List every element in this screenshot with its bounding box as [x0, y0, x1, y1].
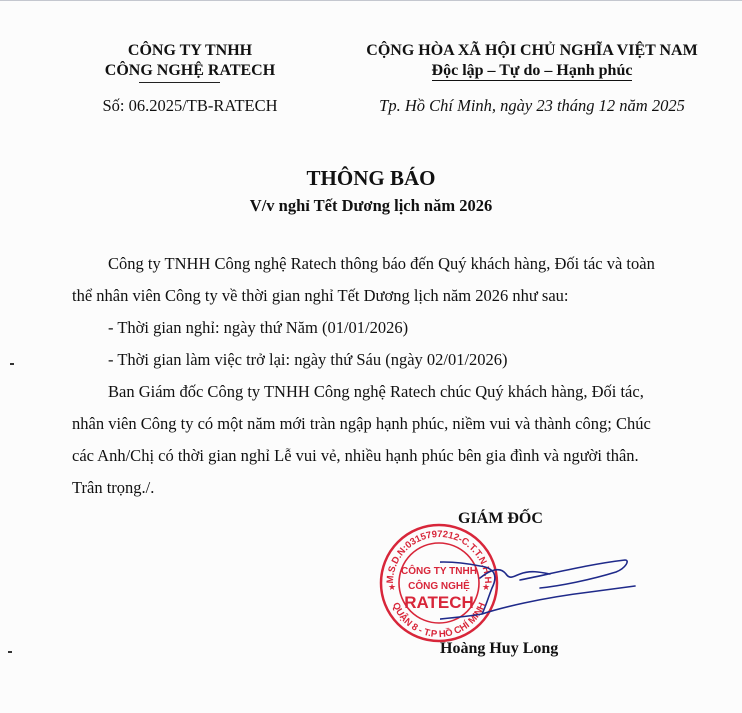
closing: Trân trọng./.: [72, 478, 154, 498]
holiday-item: - Thời gian nghỉ: ngày thứ Năm (01/01/20…: [108, 318, 408, 338]
organization-line-2: CÔNG NGHỆ RATECH: [70, 61, 310, 81]
svg-text:★: ★: [388, 582, 396, 592]
page-top-edge: [0, 0, 742, 1]
document-number: Số: 06.2025/TB-RATECH: [70, 96, 310, 116]
scan-mark: [10, 363, 14, 365]
national-motto: Độc lập – Tự do – Hạnh phúc: [322, 62, 742, 80]
intro-line-1: Công ty TNHH Công nghệ Ratech thông báo …: [108, 254, 655, 274]
organization-underline: [139, 82, 220, 83]
document-subject: V/v nghỉ Tết Dương lịch năm 2026: [0, 196, 742, 216]
organization-name: CÔNG TY TNHH CÔNG NGHỆ RATECH: [70, 41, 310, 81]
return-item: - Thời gian làm việc trở lại: ngày thứ S…: [108, 350, 508, 370]
wishes-line-2: nhân viên Công ty có một năm mới tràn ng…: [72, 414, 651, 434]
scan-mark: [8, 651, 12, 653]
handwritten-signature: [440, 548, 640, 638]
intro-line-2: thể nhân viên Công ty về thời gian nghỉ …: [72, 286, 569, 306]
place-date: Tp. Hồ Chí Minh, ngày 23 tháng 12 năm 20…: [322, 96, 742, 116]
motto-text: Độc lập – Tự do – Hạnh phúc: [432, 62, 633, 81]
document-title: THÔNG BÁO: [0, 166, 742, 191]
organization-line-1: CÔNG TY TNHH: [70, 41, 310, 61]
national-title: CỘNG HÒA XÃ HỘI CHỦ NGHĨA VIỆT NAM: [322, 41, 742, 61]
wishes-line-1: Ban Giám đốc Công ty TNHH Công nghệ Rate…: [108, 382, 644, 402]
signer-name: Hoàng Huy Long: [440, 640, 558, 658]
wishes-line-3: các Anh/Chị có thời gian nghỉ Lễ vui vẻ,…: [72, 446, 639, 466]
